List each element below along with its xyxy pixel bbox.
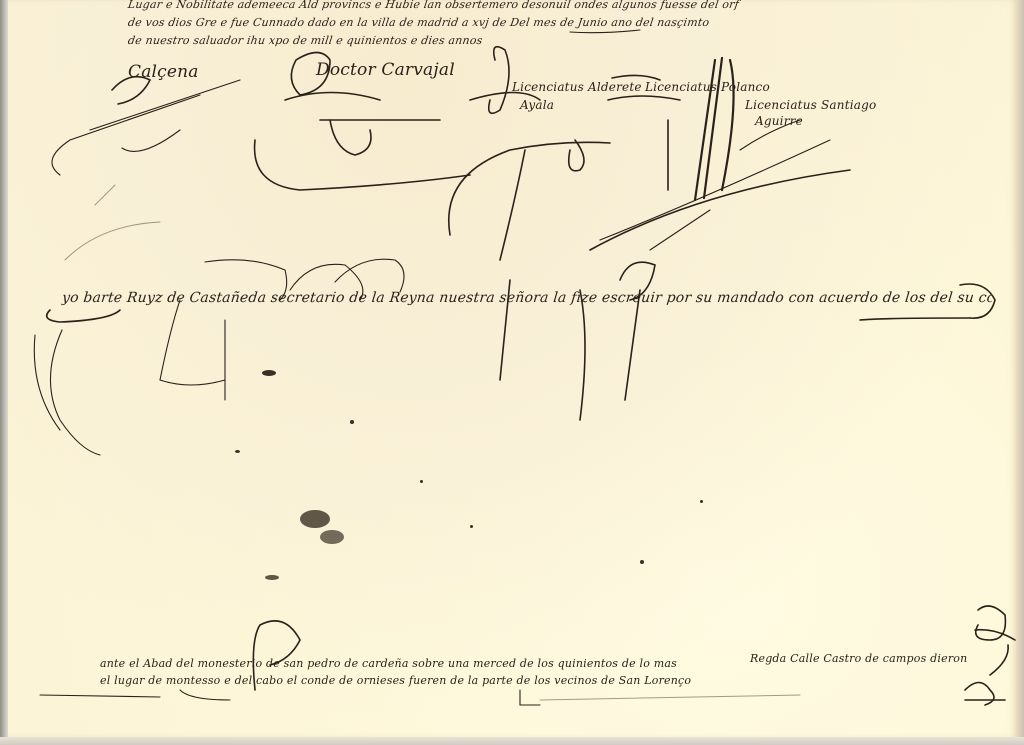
ink-flourishes — [0, 0, 1024, 745]
faded-ink-speck — [265, 575, 279, 580]
faded-ink-speck — [470, 525, 473, 528]
faded-ink-speck — [700, 500, 703, 503]
faded-ink-speck — [640, 560, 644, 564]
faded-ink-blot — [320, 530, 344, 544]
faded-ink-blot — [300, 510, 330, 528]
faded-ink-speck — [350, 420, 354, 424]
faded-ink-speck — [420, 480, 423, 483]
faded-ink-speck — [262, 370, 276, 376]
faded-ink-speck — [235, 450, 240, 453]
